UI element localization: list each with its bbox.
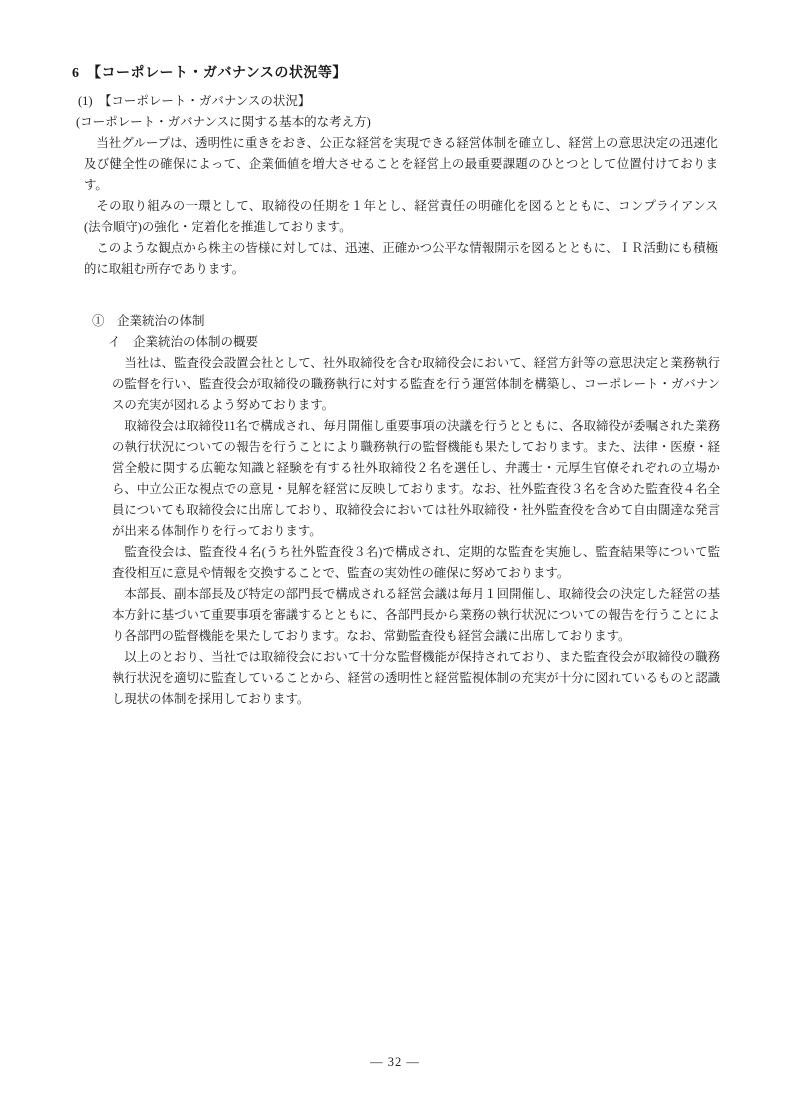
item-heading-corporate-governance-structure: ① 企業統治の体制 — [92, 311, 790, 332]
governance-paragraph-5: 以上のとおり、当社では取締役会において十分な監督機能が保持されており、また監査役… — [112, 647, 720, 710]
intro-paragraph-3: このような観点から株主の皆様に対しては、迅速、正確かつ公平な情報開示を図るととも… — [84, 238, 718, 280]
item-subheading-structure-overview: イ 企業統治の体制の概要 — [108, 332, 790, 353]
governance-paragraph-4: 本部長、副本部長及び特定の部門長で構成される経営会議は毎月１回開催し、取締役会の… — [112, 584, 720, 647]
governance-paragraph-1: 当社は、監査役会設置会社として、社外取締役を含む取締役会において、経営方針等の意… — [112, 353, 720, 416]
basic-policy-heading: (コーポレート・ガバナンスに関する基本的な考え方) — [76, 112, 790, 133]
intro-paragraph-2: その取り組みの一環として、取締役の任期を１年とし、経営責任の明確化を図るとともに… — [84, 196, 718, 238]
intro-paragraph-1: 当社グループは、透明性に重きをおき、公正な経営を実現できる経営体制を確立し、経営… — [84, 133, 718, 196]
governance-paragraph-3: 監査役会は、監査役４名(うち社外監査役３名)で構成され、定期的な監査を実施し、監… — [112, 542, 720, 584]
section-heading: 6 【コーポレート・ガバナンスの状況等】 — [72, 64, 790, 84]
document-content: 6 【コーポレート・ガバナンスの状況等】 (1) 【コーポレート・ガバナンスの状… — [0, 64, 790, 710]
subsection-heading: (1) 【コーポレート・ガバナンスの状況】 — [78, 91, 790, 112]
page-footer: ― 32 ― — [0, 1052, 790, 1073]
governance-paragraph-2: 取締役会は取締役11名で構成され、毎月開催し重要事項の決議を行うとともに、各取締… — [112, 416, 720, 542]
document-page: 6 【コーポレート・ガバナンスの状況等】 (1) 【コーポレート・ガバナンスの状… — [0, 0, 790, 1118]
